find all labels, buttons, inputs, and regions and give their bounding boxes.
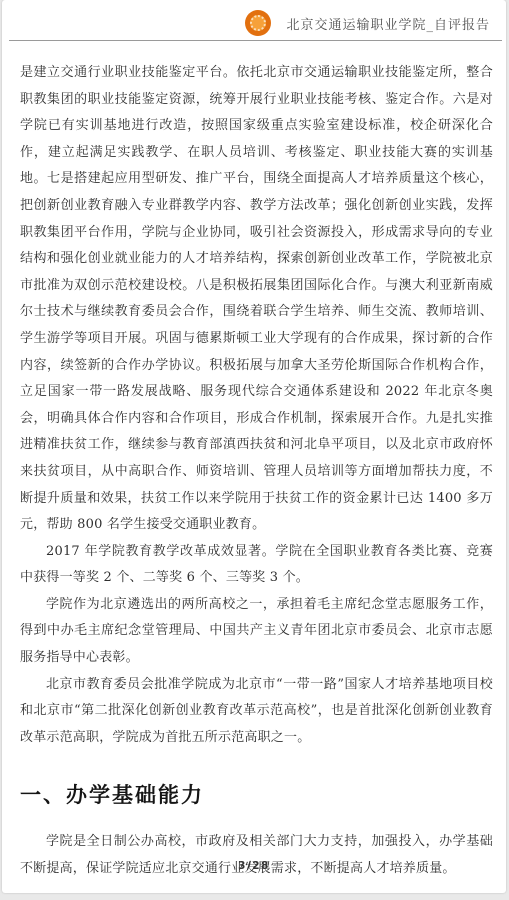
page-header: 北京交通运输职业学院_自评报告 [9, 0, 502, 41]
document-body: 是建立交通行业职业技能鉴定平台。依托北京市交通运输职业技能鉴定所，整合职教集团的… [2, 41, 506, 883]
body-paragraph-continuation: 是建立交通行业职业技能鉴定平台。依托北京市交通运输职业技能鉴定所，整合职教集团的… [20, 60, 493, 539]
page-number: 3/28 [238, 860, 270, 872]
body-paragraph: 2017 年学院教育教学改革成效显著。学院在全国职业教育各类比赛、竞赛中获得一等… [20, 539, 493, 592]
college-seal-inner [250, 15, 266, 31]
document-viewport: 北京交通运输职业学院_自评报告 是建立交通行业职业技能鉴定平台。依托北京市交通运… [0, 0, 509, 900]
report-page: 北京交通运输职业学院_自评报告 是建立交通行业职业技能鉴定平台。依托北京市交通运… [2, 0, 506, 893]
body-paragraph: 学院作为北京遴选出的两所高校之一，承担着毛主席纪念堂志愿服务工作，得到中办毛主席… [20, 592, 493, 672]
body-paragraph: 北京市教育委员会批准学院成为北京市“一带一路”国家人才培养基地项目校和北京市“第… [20, 672, 493, 752]
page-footer: 3/28 [2, 854, 506, 873]
section-heading: 一、办学基础能力 [20, 779, 493, 809]
report-title: 北京交通运输职业学院_自评报告 [286, 14, 490, 33]
college-seal-icon [245, 10, 271, 36]
